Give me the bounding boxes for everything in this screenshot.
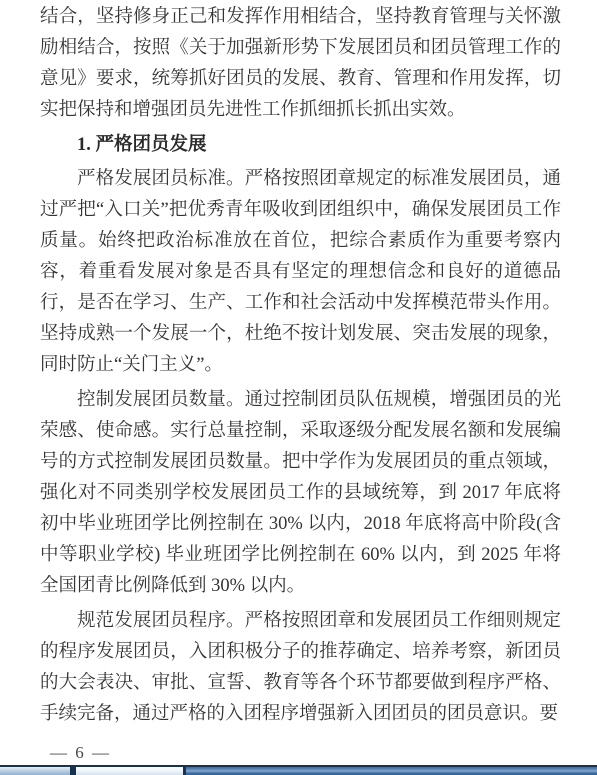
taskbar-button[interactable]: [76, 765, 186, 775]
document-page: 结合，坚持修身正己和发挥作用相结合，坚持教育管理与关怀激励相结合，按照《关于加强…: [0, 0, 597, 775]
paragraph-member-standards: 严格发展团员标准。严格按照团章规定的标准发展团员，通过严把“入口关”把优秀青年吸…: [40, 164, 561, 381]
page-number: — 6 —: [50, 743, 111, 763]
section-heading: 1. 严格团员发展: [40, 130, 561, 161]
document-text-block: 结合，坚持修身正己和发挥作用相结合，坚持教育管理与关怀激励相结合，按照《关于加强…: [40, 2, 561, 734]
taskbar-edge: [0, 765, 597, 775]
intro-paragraph: 结合，坚持修身正己和发挥作用相结合，坚持教育管理与关怀激励相结合，按照《关于加强…: [40, 2, 561, 126]
taskbar-left-strip: [0, 765, 70, 775]
taskbar-right-strip: [186, 765, 597, 775]
paragraph-member-quantity: 控制发展团员数量。通过控制团员队伍规模，增强团员的光荣感、使命感。实行总量控制，…: [40, 385, 561, 602]
paragraph-member-procedure: 规范发展团员程序。严格按照团章和发展团员工作细则规定的程序发展团员，入团积极分子…: [40, 606, 561, 730]
